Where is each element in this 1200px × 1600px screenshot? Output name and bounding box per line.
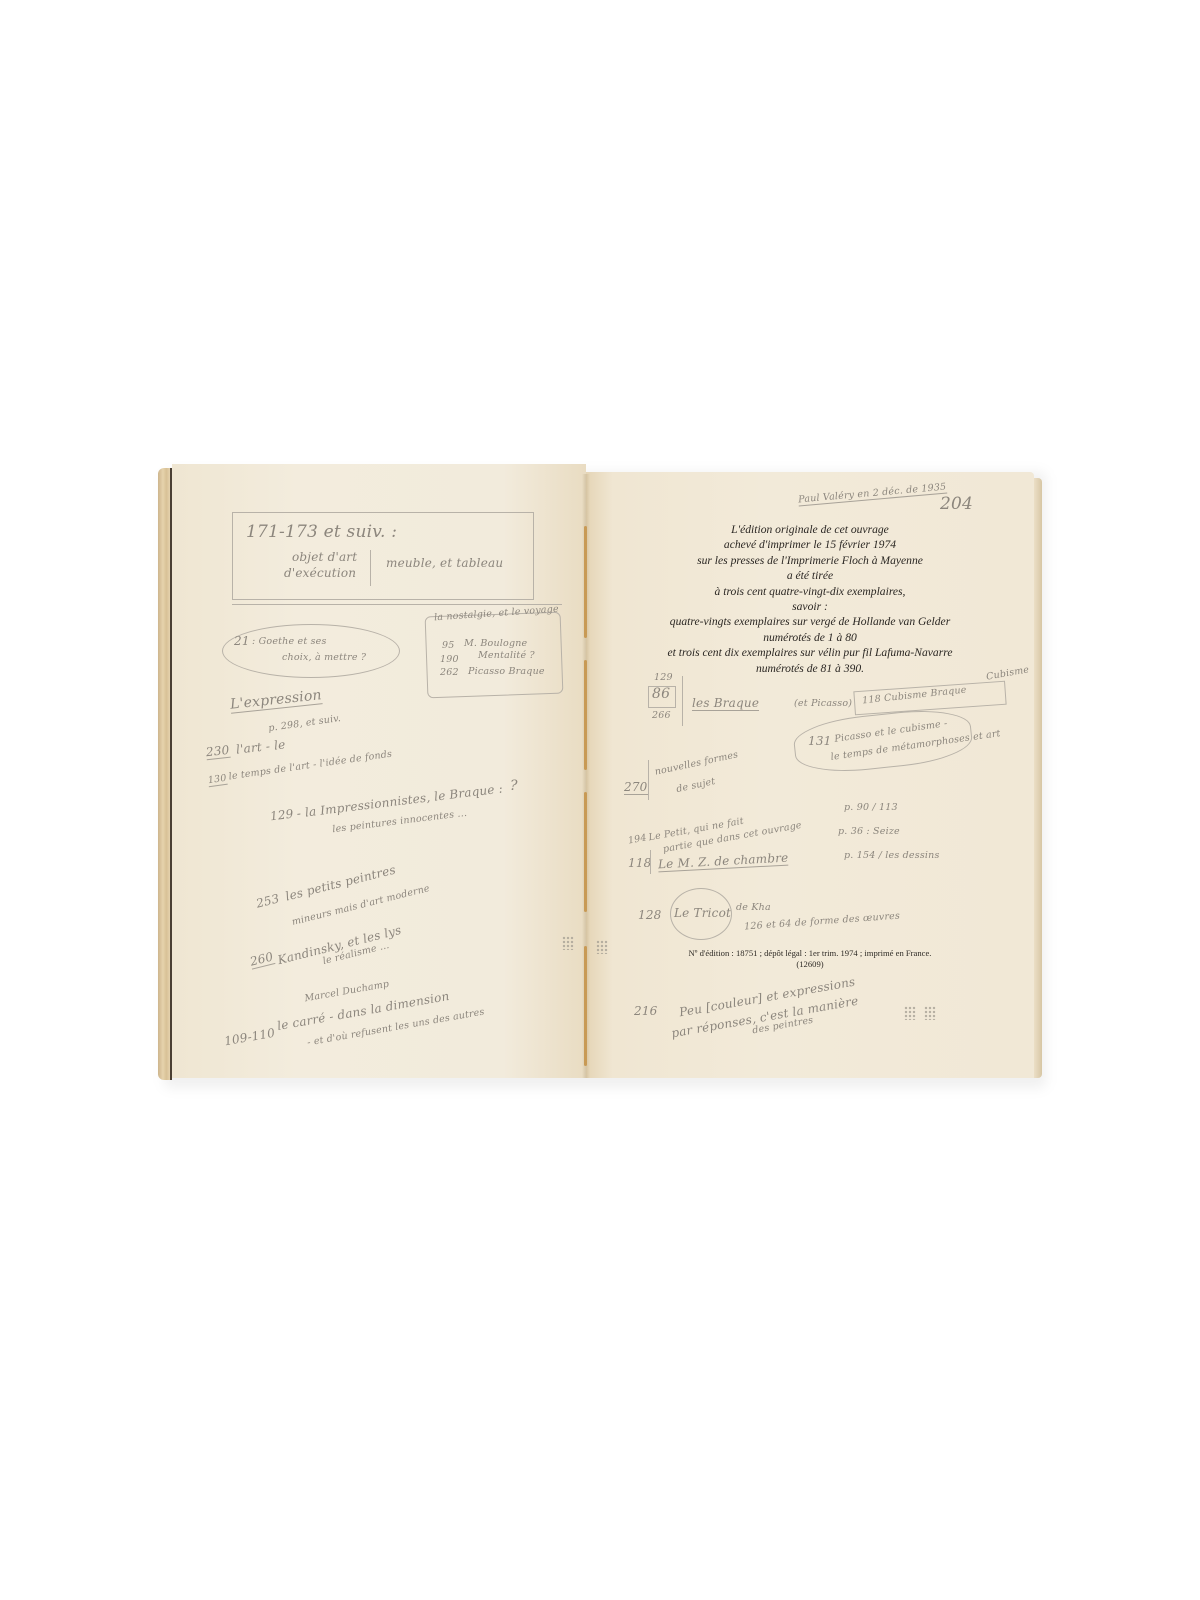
pencil-divider bbox=[650, 850, 651, 874]
colophon-line: numérotés de 1 à 80 bbox=[630, 630, 990, 645]
legal-line: Nº d'édition : 18751 ; dépôt légal : 1er… bbox=[620, 948, 1000, 959]
colophon-line: et trois cent dix exemplaires sur vélin … bbox=[630, 645, 990, 660]
annotation-page-number: 190 bbox=[440, 654, 459, 665]
annotation-text: p. 90 / 113 bbox=[844, 802, 898, 813]
colophon: L'édition originale de cet ouvrage achev… bbox=[630, 522, 990, 676]
annotation-page-number: 260 bbox=[249, 949, 275, 969]
annotation-text: Mentalité ? bbox=[478, 650, 535, 661]
binding-thread bbox=[584, 526, 587, 638]
annotation-text: de Kha bbox=[736, 902, 771, 913]
colophon-line: L'édition originale de cet ouvrage bbox=[630, 522, 990, 537]
annotation-page-number: 109-110 bbox=[223, 1026, 276, 1049]
annotation-text: p. 154 / les dessins bbox=[844, 850, 940, 861]
library-stamp-icon bbox=[596, 940, 608, 954]
left-page: 171-173 et suiv. : objet d'art d'exécuti… bbox=[172, 464, 586, 1078]
annotation-text: p. 298, et suiv. bbox=[268, 713, 342, 734]
library-stamp-icon bbox=[924, 1006, 936, 1020]
annotation-text: l'art - le bbox=[235, 737, 286, 756]
annotation-page-number: 230 bbox=[205, 743, 230, 760]
legal-line: (12609) bbox=[620, 959, 1000, 970]
library-stamp-icon bbox=[562, 936, 574, 950]
colophon-line: sur les presses de l'Imprimerie Floch à … bbox=[630, 553, 990, 568]
annotation-text: d'exécution bbox=[284, 566, 356, 580]
annotation-text: p. 36 : Seize bbox=[838, 826, 900, 837]
colophon-line: numérotés de 81 à 390. bbox=[630, 661, 990, 676]
annotation-page-number: 216 bbox=[634, 1004, 658, 1018]
annotation-page-number: 129 bbox=[654, 672, 673, 683]
annotation-mark: ? bbox=[510, 778, 518, 794]
annotation-page-number: 86 bbox=[652, 686, 670, 702]
annotation-text: Picasso Braque bbox=[468, 666, 545, 677]
annotation-text: : Goethe et ses bbox=[252, 636, 327, 647]
colophon-line: achevé d'imprimer le 15 février 1974 bbox=[630, 537, 990, 552]
annotation-page-number: 270 bbox=[624, 780, 648, 795]
annotation-text: M. Boulogne bbox=[464, 638, 527, 649]
annotation-text: les Braque bbox=[692, 696, 759, 711]
pencil-divider bbox=[682, 676, 683, 726]
annotation-page-number: 130 bbox=[207, 773, 227, 787]
binding-thread bbox=[584, 792, 587, 912]
legal-notice: Nº d'édition : 18751 ; dépôt légal : 1er… bbox=[620, 948, 1000, 970]
colophon-line: savoir : bbox=[630, 599, 990, 614]
annotation-page-number: 21 bbox=[234, 634, 250, 648]
annotation-heading: L'expression bbox=[229, 687, 322, 714]
annotation-page-number: 118 bbox=[628, 856, 652, 870]
annotation-text: - la Impressionnistes, le Braque : bbox=[296, 781, 504, 820]
colophon-line: à trois cent quatre-vingt-dix exemplaire… bbox=[630, 584, 990, 599]
annotation-text: choix, à mettre ? bbox=[282, 652, 366, 663]
open-book: 171-173 et suiv. : objet d'art d'exécuti… bbox=[158, 464, 1042, 1082]
annotation-text: objet d'art bbox=[292, 550, 357, 564]
page-number: 204 bbox=[940, 494, 973, 514]
annotation-oval bbox=[222, 624, 400, 678]
annotation-text: (et Picasso) bbox=[794, 698, 852, 709]
pencil-rule bbox=[232, 604, 562, 605]
page-block-left-edge bbox=[158, 468, 172, 1080]
binding-thread bbox=[584, 946, 587, 1066]
binding-thread bbox=[584, 660, 587, 770]
annotation-text: Le Tricot bbox=[674, 906, 731, 920]
annotation-text: meuble, et tableau bbox=[386, 556, 503, 570]
annotation-heading: 171-173 et suiv. : bbox=[246, 522, 397, 542]
pencil-divider bbox=[370, 550, 371, 586]
annotation-page-number: 128 bbox=[638, 908, 662, 922]
colophon-line: quatre-vingts exemplaires sur vergé de H… bbox=[630, 614, 990, 629]
pencil-divider bbox=[648, 760, 649, 800]
annotation-page-number: 95 bbox=[442, 640, 455, 651]
annotation-page-number: 131 bbox=[808, 734, 832, 748]
annotation-page-number: 262 bbox=[440, 667, 459, 678]
annotation-page-number: 129 bbox=[269, 807, 294, 824]
annotation-page-number: 266 bbox=[652, 710, 671, 721]
colophon-line: a été tirée bbox=[630, 568, 990, 583]
annotation-page-number: 253 bbox=[255, 891, 281, 910]
library-stamp-icon bbox=[904, 1006, 916, 1020]
